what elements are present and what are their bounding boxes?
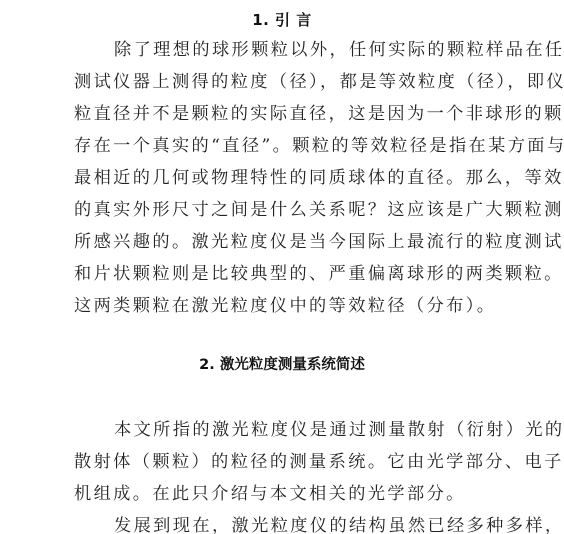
text-line: 这两类颗粒在激光粒度仪中的等效粒径（分布）。 [74,295,490,317]
text-line: 的真实外形尺寸之间是什么关系呢？这应该是广大颗粒测试工作者 [74,199,490,221]
text-line: 粒直径并不是颗粒的实际直径，这是因为一个非球形的颗粒根本就不 [74,103,490,125]
text-line: 除了理想的球形颗粒以外，任何实际的颗粒样品在任何一种粒度 [114,39,490,61]
text-line: 机组成。在此只介绍与本文相关的光学部分。 [74,483,490,505]
text-line: 本文所指的激光粒度仪是通过测量散射（衍射）光的角分布推算 [114,419,490,441]
text-line: 所感兴趣的。激光粒度仪是当今国际上最流行的粒度测试仪器。棒状 [74,231,490,253]
section-1-heading: 1. 引 言 [0,9,564,30]
text-line: 存在一个真实的“直径”。颗粒的等效粒径是指在某方面与该颗粒有 [74,135,490,157]
text-line: 测试仪器上测得的粒度（径），都是等效粒度（径），即仪器给出的颗 [74,71,490,93]
text-line: 散射体（颗粒）的粒径的测量系统。它由光学部分、电子部分和计算 [74,451,490,473]
text-line: 发展到现在，激光粒度仪的结构虽然已经多种多样，但仍然可以 [114,515,490,534]
section-2-heading: 2. 激光粒度测量系统简述 [0,353,564,374]
text-line: 和片状颗粒则是比较典型的、严重偏离球形的两类颗粒。本文即研究 [74,263,490,285]
text-line: 最相近的几何或物理特性的同质球体的直径。那么，等效粒径与颗粒 [74,167,490,189]
